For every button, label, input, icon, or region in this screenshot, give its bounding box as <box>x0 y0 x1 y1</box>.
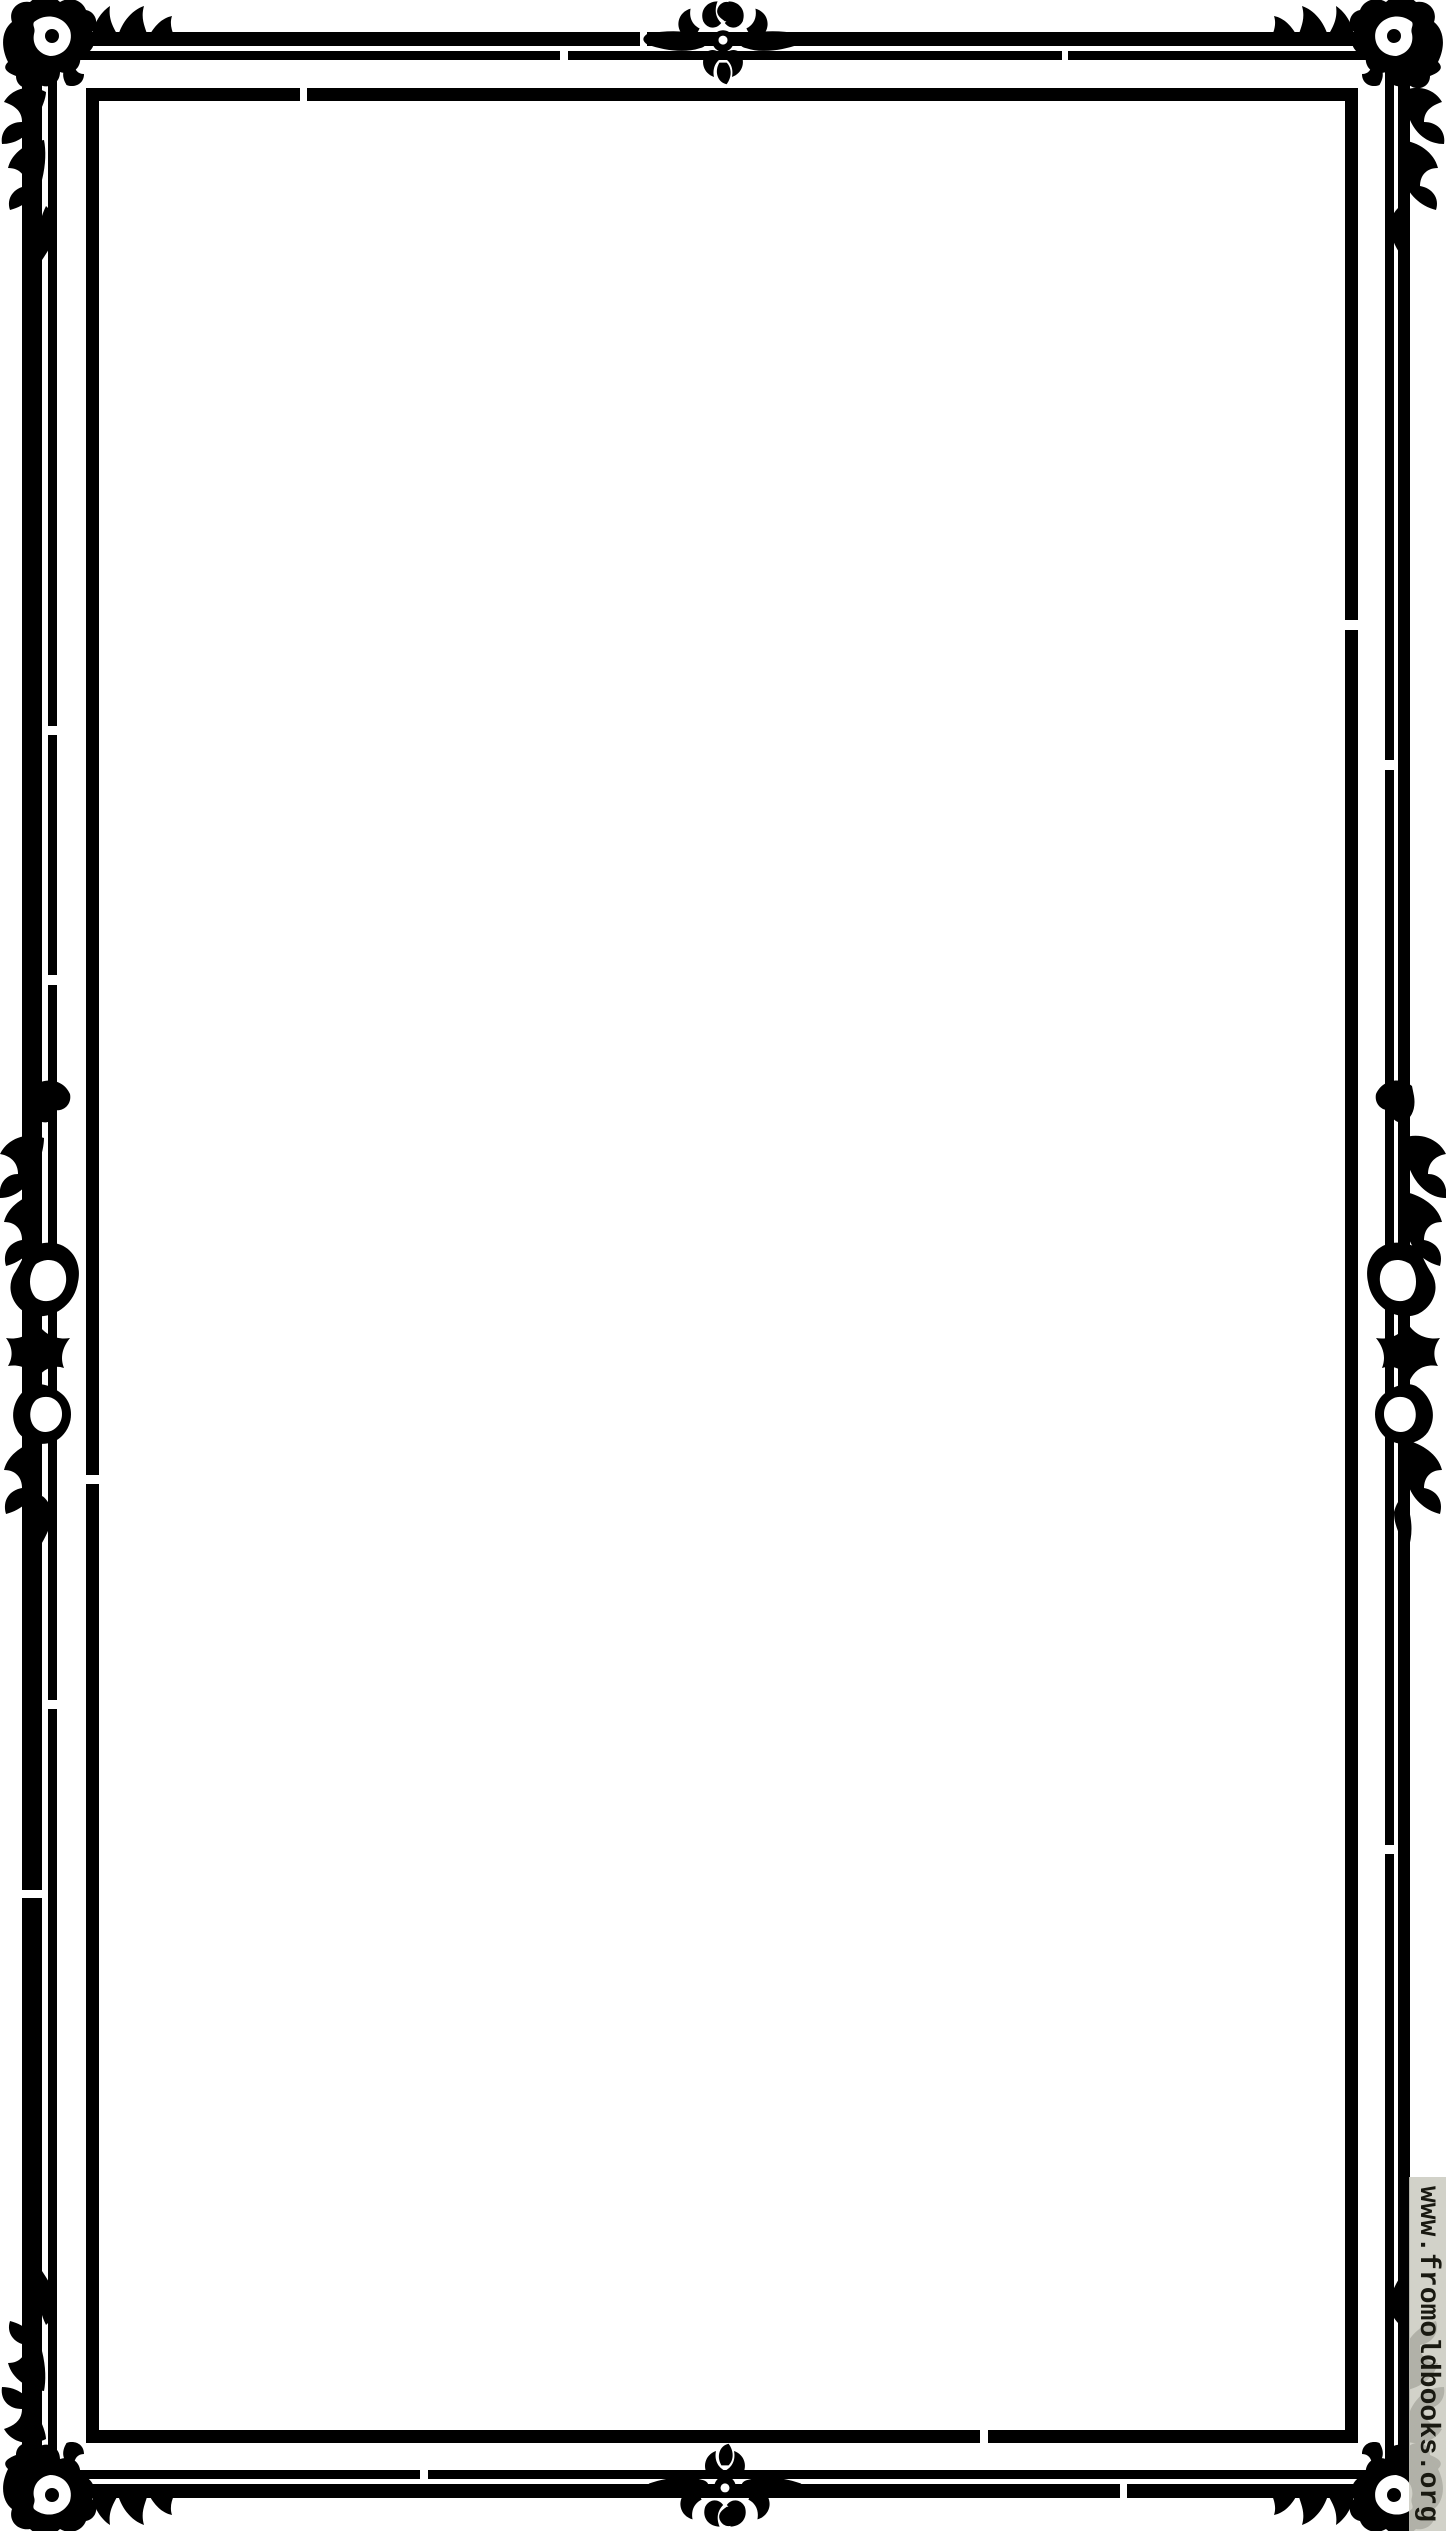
rosette-top-center <box>643 1 802 84</box>
outer-double-rule <box>20 32 1426 2498</box>
rule-breaks <box>21 31 1395 2499</box>
rosette-bottom-center <box>645 2444 804 2527</box>
inner-rule <box>86 88 1358 2443</box>
watermark-text: www.fromoldbooks.org <box>1409 2177 1446 2531</box>
border-frame-art <box>0 0 1446 2531</box>
page: www.fromoldbooks.org <box>0 0 1446 2531</box>
